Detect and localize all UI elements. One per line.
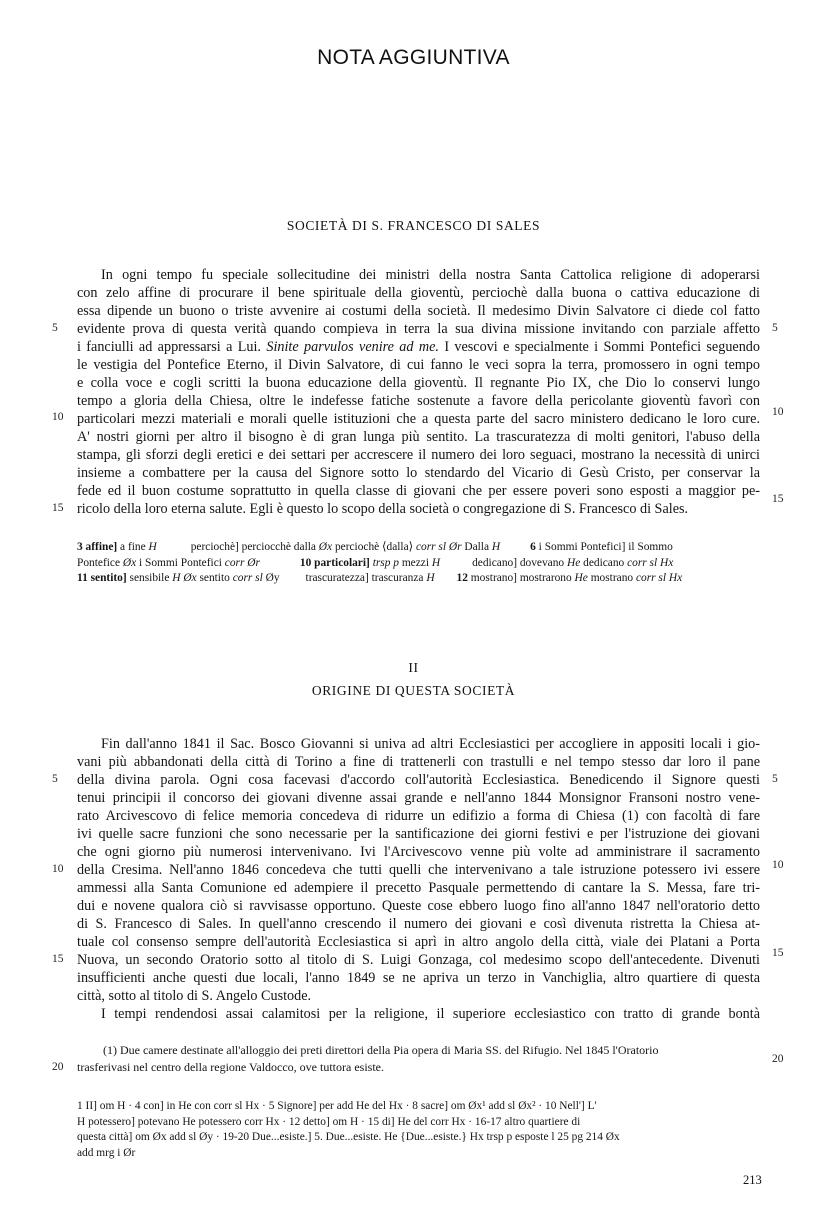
lemma: 10 particolari] [300,557,370,569]
page-title: NOTA AGGIUNTIVA [0,46,827,70]
text-line: che ogni giorno più numerosi interveniva… [77,843,760,861]
line-number: 20 [772,1053,784,1065]
lemma: 11 sentito] [77,572,127,584]
text-line: e colla voce e cogli scritti la buona ed… [77,374,760,392]
text-line: ricolo della loro eterna salute. Egli è … [77,500,727,518]
siglum: Øx [319,541,332,553]
apparatus-line: Pontefice Øx i Sommi Pontefici corr Ør10… [77,556,760,572]
page-number: 213 [743,1173,762,1188]
text-line: i fanciulli ad appressarsi a Lui. Sinite… [77,338,760,356]
text-line: Fin dall'anno 1841 il Sac. Bosco Giovann… [101,735,760,753]
variant: mostrano] mostrarono [468,572,575,584]
section-heading-origin: ORIGINE DI QUESTA SOCIETÀ [0,683,827,699]
lemma: 12 [457,572,468,584]
text-line: insufficienti anche questi due locali, l… [77,969,760,987]
text-line: fede ed il buon costume soprattutto in q… [77,482,760,500]
variant: Pontefice [77,557,123,569]
siglum: trsp p [373,557,399,569]
text-line: di S. Francesco di Sales. In quell'anno … [77,915,760,933]
siglum: H Øx [172,572,196,584]
text-line: tenui principii il concorso dei giovani … [77,789,760,807]
lemma: 3 affine] [77,541,117,553]
text-line: ammessi alla Santa Comunione ed adempier… [77,879,760,897]
apparatus-line: questa città] om Øx add sl Øy · 19-20 Du… [77,1130,760,1146]
text-line: con zelo affine di procurare il bene spi… [77,284,760,302]
variant: a fine [117,541,148,553]
line-number: 15 [772,493,784,505]
variant: dedicano [580,557,627,569]
footnote-line: trasferivasi nel centro della regione Va… [77,1059,760,1076]
line-number: 15 [52,953,64,965]
line-number: 10 [52,863,64,875]
siglum: corr sl Hx [627,557,673,569]
line-number: 20 [52,1061,64,1073]
line-number: 5 [52,773,58,785]
variant: sentito [197,572,233,584]
siglum: corr sl Ør [416,541,462,553]
section-heading-society: SOCIETÀ DI S. FRANCESCO DI SALES [0,218,827,234]
text-line: città, sotto al titolo di S. Angelo Cust… [77,987,760,1005]
siglum: He [575,572,588,584]
variant: dedicano] dovevano [472,557,567,569]
apparatus-line: H potessero] potevano He potessero corr … [77,1115,760,1131]
text-line: dui e novene qualora ciò si ravvisasse o… [77,897,760,915]
text-line: della divina parola. Ogni cosa facevasi … [77,771,760,789]
text-line: stampa, gli sforzi degli eretici e dei s… [77,446,760,464]
text-line: della Cresima. Nell'anno 1846 concedeva … [77,861,760,879]
text-line: vani più abbandonati della città di Tori… [77,753,760,771]
line-number: 5 [772,322,778,334]
footnote-line: (1) Due camere destinate all'alloggio de… [103,1042,760,1059]
text-run: i fanciulli ad appressarsi a Lui. [77,339,261,355]
latin-quote: Sinite parvulos venire ad me. [266,339,439,355]
apparatus-line: add mrg i Ør [77,1146,760,1162]
text-line: tuale col consenso sempre dell'autorità … [77,933,760,951]
text-line: essa dipende un buono o triste avvenire … [77,302,760,320]
text-line: In ogni tempo fu speciale sollecitudine … [101,266,760,284]
line-number: 5 [772,773,778,785]
variant: trascuratezza] trascuranza [306,572,427,584]
line-number: 15 [52,502,64,514]
variant: perciochè ⟨dalla⟩ [332,541,416,553]
text-line: le vestigia del Pontefice Eterno, il Div… [77,356,760,374]
text-line: ivi quelle sacre funzioni che sono neces… [77,825,760,843]
text-line: Nuova, un secondo Oratorio sotto al tito… [77,951,760,969]
variant: i Sommi Pontefici [136,557,225,569]
text-line: particolari mezzi materiali e morali que… [77,410,760,428]
variant: Dalla [462,541,492,553]
variant: mezzi [399,557,432,569]
variant: perciochè] perciocchè dalla [191,541,319,553]
siglum: Øy [263,572,280,584]
text-line: tempo a gloria della Chiesa, oltre le in… [77,392,760,410]
siglum: H [432,557,440,569]
siglum: H [149,541,157,553]
variant: sensibile [127,572,173,584]
line-number: 10 [772,406,784,418]
apparatus-line: 11 sentito] sensibile H Øx sentito corr … [77,571,760,587]
line-number: 10 [772,859,784,871]
line-number: 10 [52,411,64,423]
text-line: I tempi rendendosi assai calamitosi per … [101,1005,760,1023]
variant: mostrano [588,572,636,584]
siglum: He [567,557,580,569]
text-line: A' nostri giorni per altro il bisogno è … [77,428,760,446]
line-number: 5 [52,322,58,334]
variant: i Sommi Pontefici] il Sommo [536,541,673,553]
apparatus-line: 1 II] om H · 4 con] in He con corr sl Hx… [77,1099,760,1115]
apparatus-line: 3 affine] a fine Hperciochè] perciocchè … [77,540,760,556]
line-number: 15 [772,947,784,959]
siglum: corr sl Hx [636,572,682,584]
text-line: insieme a combattere per la causa del Si… [77,464,760,482]
text-run: I vescovi e specialmente i Sommi Pontefi… [444,339,760,355]
section-numeral: II [0,660,827,676]
text-line: evidente prova di questa verità quando c… [77,320,760,338]
text-line: rato Arcivescovo di felice memoria conce… [77,807,760,825]
siglum: H [492,541,500,553]
siglum: corr sl [233,572,263,584]
siglum: corr Ør [225,557,260,569]
siglum: Øx [123,557,136,569]
siglum: H [426,572,434,584]
